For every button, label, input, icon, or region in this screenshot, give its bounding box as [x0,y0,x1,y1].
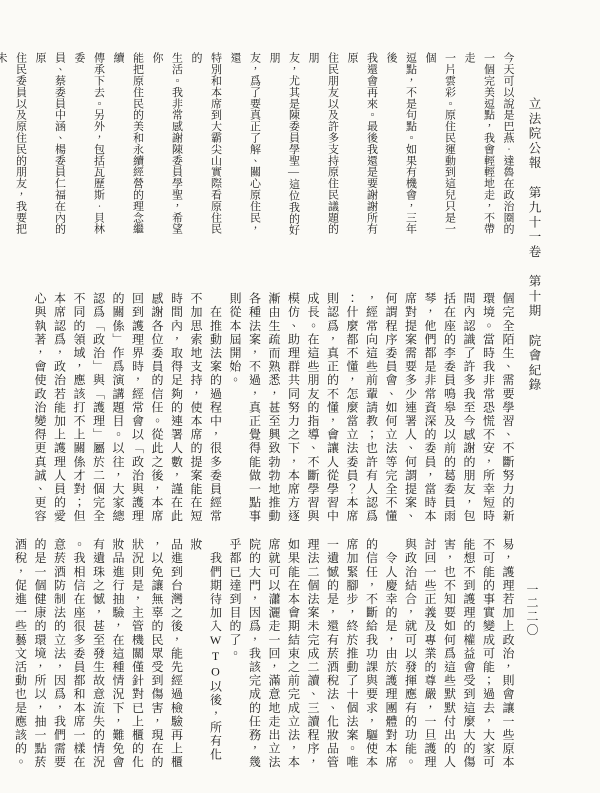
text-column: 一個完美逗點，我會輕輕地走，不帶走 [459,52,498,245]
text-column: 今天可以說是巴燕．達魯在政治圈的 [498,52,518,245]
text-column: 一遺憾的是，還有菸酒稅法、化妝品管 [322,538,342,770]
text-column: 友，尤其是陳委員學聖—這位我的好朋 [264,52,303,245]
text-column: 住民朋友以及許多支持原住民議題的朋 [303,52,342,245]
text-column: 模仿、助理群共同努力之下，本席方逐 [283,292,303,524]
text-column: 間內認識了許多我至今感謝的朋友，包 [459,292,479,524]
text-column: 友，爲了要真正了解、關心原住民，還 [225,52,264,245]
text-column: 在推動法案的過程中，很多委員經常 [205,292,225,524]
page-header: 立法院公報 第九十一卷 第十期 院會紀錄 [525,97,543,397]
text-column: 院的大門，因爲，我該完成的任務，幾 [244,538,264,770]
text-column: 生活。我非常感謝陳委員學聖，希望你 [147,52,186,245]
text-column: 特別和本席到大霸尖山實際看原住民的 [186,52,225,245]
text-column: 席加緊腳步，終於推動了十個法案。唯 [342,538,362,770]
text-column: 討回一些正義及專業的尊嚴，一旦護理 [420,538,440,770]
text-column: 成長。在這些朋友的指導、不斷學習與 [303,292,323,524]
text-column: 一片雲彩。原住民運動到這兒只是一個 [420,52,459,245]
text-column: 則從本屆開始。 [225,292,245,524]
text-column: 括在座的李委員鳴皋及以前的葛委員雨 [439,292,459,524]
text-column: 品進到台灣之後，能先經過檢驗再上櫃 [166,538,186,770]
text-column: 琴，他們都是非常資深的委員，當時本 [420,292,440,524]
text-column: 環境。當時我非常恐慌不安，所幸短時 [478,292,498,524]
text-column: ：什麼都不懂，怎麼當立法委員？本席 [342,292,362,524]
text-column: ，經常向這些前輩請教；也許有人認爲 [361,292,381,524]
text-column: 心與執著，會使政治變得更真誠、更容 [30,292,50,524]
gazette-page: 立法院公報 第九十一卷 第十期 院會紀錄 一二二〇 今天可以說是巴燕．達魯在政治… [0,0,600,793]
text-column: 妝品進行抽驗，在這種情況下，難免會 [108,538,128,770]
text-column: 我還會再來。最後我還是要謝謝所有原 [342,52,381,245]
text-column: 何謂程序委員會、如何立法等完全不懂 [381,292,401,524]
text-column: 的是一個健康的環境，所以，抽一點菸 [30,538,50,770]
text-column: 我們期待加入WTO以後，所有化妝 [186,538,225,770]
text-column: 不加思索地支持，使本席的提案能在短 [186,292,206,524]
text-column: 感謝各位委員的信任。從此之後，本席 [147,292,167,524]
text-column: 理法二個法案未完成二讀、三讀程序， [303,538,323,770]
text-column: 乎都已達到目的了。 [225,538,245,770]
text-column: 能把原住民的美和永續經營的理念繼續 [108,52,147,245]
text-column: 回到護理界時，經常會以「政治與護理 [127,292,147,524]
text-column: 意菸酒防制法的立法，因爲，我們需要 [49,538,69,770]
text-column: 住民委員以及原住民的朋友，我要把未 [0,52,30,245]
text-column: 各種法案，不過，真正覺得能做一點事 [244,292,264,524]
text-column: 員、蔡委員中涵、楊委員仁福在內的原 [30,52,69,245]
text-column: 席就可以瀟灑走一回，滿意地走出立法 [264,538,284,770]
text-band-middle: 個完全陌生、需要學習、不斷努力的新環境。當時我非常恐慌不安，所幸短時間內認識了許… [30,292,518,524]
text-column: ，以免讓無辜的民眾受到傷害，現在的 [147,538,167,770]
text-column: 易，護理若加上政治，則會讓一些原本 [498,538,518,770]
text-column: 的關係」作爲演講題目。以往，大家總 [108,292,128,524]
text-column: 有遺珠之憾，甚至發生故意流失的情況 [88,538,108,770]
text-column: 害，也不知要如何爲這些默默付出的人 [439,538,459,770]
text-column: 與政治結合，就可以發揮應有的功能。 [400,538,420,770]
text-column: 時間內，取得足夠的連署人數，謹在此 [166,292,186,524]
text-column: 席對提案需要多少連署人、何謂提案、 [400,292,420,524]
text-column: 如果能在本會期結束之前完成立法，本 [283,538,303,770]
text-column: 不同的領域，應該打不上關係才對；但 [69,292,89,524]
text-column: 。我相信在座很多委員都和本席一樣在 [69,538,89,770]
text-column: 酒稅，促進一些藝文活動也是應該的。 [10,538,30,770]
text-column: 逗點，不是句點。如果有機會，三年後 [381,52,420,245]
text-band-bottom: 易，護理若加上政治，則會讓一些原本不可能的事實變成可能；過去，大家可能想不到護理… [10,538,517,770]
text-column: 認爲「政治」與「護理」屬於二個完全 [88,292,108,524]
text-column: 則認爲，真正的不懂，會讓人從學習中 [322,292,342,524]
text-column: 狀況則是，主管機關僅針對已上櫃的化 [127,538,147,770]
page-number: 一二二〇 [524,583,541,637]
text-column: 不可能的事實變成可能；過去，大家可 [478,538,498,770]
text-column: 漸由生疏而熟悉，甚至興致勃勃地推動 [264,292,284,524]
text-column: 本席認爲，政治若能加上護理人員的愛 [49,292,69,524]
text-band-top: 今天可以說是巴燕．達魯在政治圈的一個完美逗點，我會輕輕地走，不帶走一片雲彩。原住… [0,52,517,245]
text-column: 個完全陌生、需要學習、不斷努力的新 [498,292,518,524]
text-column: 傳承下去。另外，包括瓦歷斯．貝林委 [69,52,108,245]
text-column: 的信任，不斷給我功課與要求，驅使本 [361,538,381,770]
text-column: 能想不到護理的權益會受到這麼大的傷 [459,538,479,770]
text-column: 令人慶幸的是，由於護理團體對本席 [381,538,401,770]
